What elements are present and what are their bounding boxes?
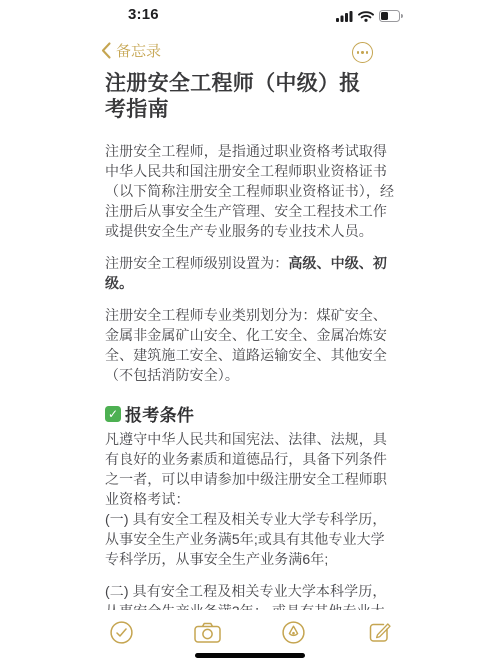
note-title: 注册安全工程师（中级）报考指南	[105, 71, 379, 123]
paragraph-categories: 注册安全工程师专业类别划分为：煤矿安全、金属非金属矿山安全、化工安全、金属冶炼安…	[105, 305, 398, 385]
home-indicator[interactable]	[195, 653, 305, 658]
back-button[interactable]: 备忘录	[101, 40, 161, 61]
note-body[interactable]: 注册安全工程师（中级）报考指南 注册安全工程师，是指通过职业资格考试取得中华人民…	[105, 71, 398, 621]
camera-button[interactable]	[194, 619, 220, 645]
paragraph-requirements-intro: 凡遵守中华人民共和国宪法、法律、法规，具有良好的业务素质和道德品行，具备下列条件…	[105, 429, 398, 509]
paragraph-levels: 注册安全工程师级别设置为：高级、中级、初级。	[105, 253, 398, 293]
back-button-label: 备忘录	[116, 40, 161, 61]
battery-icon	[379, 10, 404, 22]
compose-icon	[368, 621, 391, 644]
ellipsis-icon	[357, 51, 368, 53]
markup-pen-icon	[282, 621, 305, 644]
paragraph-definition: 注册安全工程师，是指通过职业资格考试取得中华人民共和国注册安全工程师职业资格证书…	[105, 141, 398, 241]
notes-app-screen: 3:16 备忘录	[0, 0, 500, 666]
cellular-signal-icon	[336, 11, 353, 22]
camera-icon	[194, 622, 221, 643]
compose-button[interactable]	[366, 619, 392, 645]
section-heading-label: 报考条件	[125, 401, 194, 426]
bottom-toolbar	[0, 610, 500, 654]
status-icons	[336, 9, 404, 23]
green-check-emoji: ✓	[105, 406, 121, 422]
status-time: 3:16	[128, 6, 159, 23]
section-heading: ✓ 报考条件	[105, 401, 398, 426]
checklist-button[interactable]	[108, 619, 134, 645]
circle-check-icon	[110, 621, 133, 644]
more-options-button[interactable]	[352, 42, 373, 63]
wifi-icon	[358, 11, 374, 22]
paragraph-condition-1: (一) 具有安全工程及相关专业大学专科学历，从事安全生产业务满5年;或具有其他专…	[105, 509, 398, 569]
levels-lead: 注册安全工程师级别设置为：	[105, 255, 288, 271]
chevron-left-icon	[101, 42, 111, 59]
markup-button[interactable]	[280, 619, 306, 645]
